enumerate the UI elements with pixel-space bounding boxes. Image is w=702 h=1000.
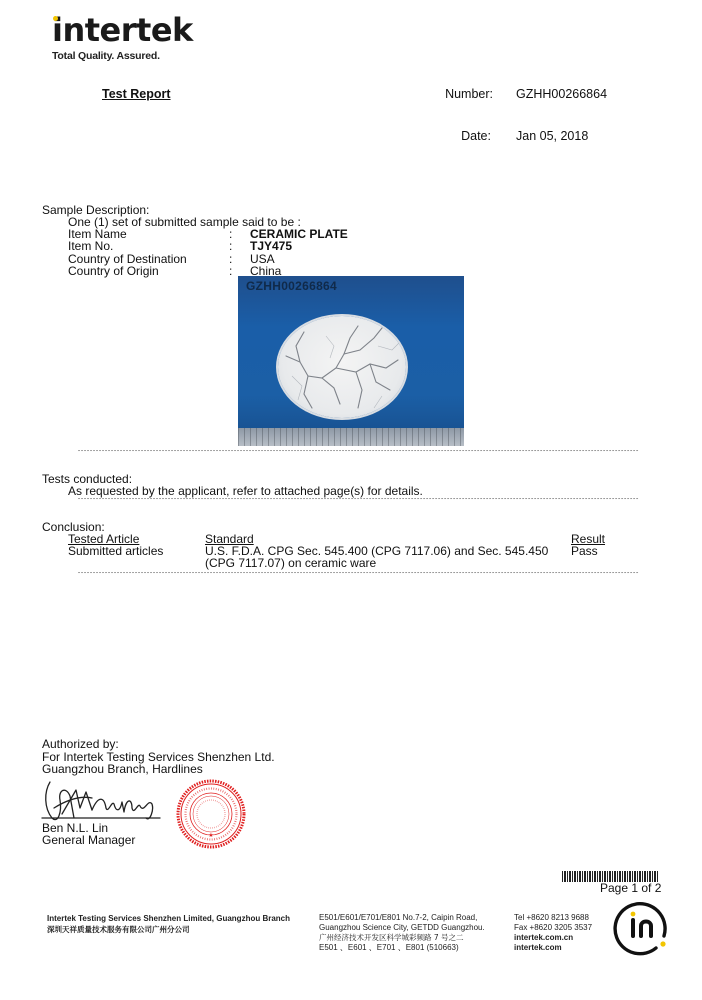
intertek-logo: intertek [52,12,193,48]
authorized-branch: Guangzhou Branch, Hardlines [42,763,203,776]
separator-line: ****************************************… [77,498,660,504]
footer-fax: Fax +8620 3205 3537 [514,923,592,934]
footer-company-cn: 深圳天祥质量技术服务有限公司广州分公司 [47,925,190,936]
date-label: Date: [411,129,491,143]
ceramic-plate-image [278,316,406,418]
footer-address-line2: Guangzhou Science City, GETDD Guangzhou. [319,923,485,934]
tests-text: As requested by the applicant, refer to … [68,485,423,498]
field-separator: : [229,265,232,278]
photo-report-number: GZHH00266864 [246,279,337,293]
field-separator: : [229,240,232,253]
logo-tagline: Total Quality. Assured. [52,50,160,62]
signature-image [40,778,170,826]
field-value: TJY475 [250,240,292,253]
footer-address-line1: E501/E601/E701/E801 No.7-2, Caipin Road, [319,913,477,924]
report-number: GZHH00266864 [516,87,607,101]
field-label: Item No. [68,240,113,253]
logo-dot-icon [53,16,58,21]
measuring-ruler [238,428,464,446]
footer-website-cn[interactable]: intertek.com.cn [514,933,573,944]
footer-company-en: Intertek Testing Services Shenzhen Limit… [47,914,290,925]
svg-text:★: ★ [208,832,213,839]
separator-line: ****************************************… [77,572,660,578]
footer-address-line4: E501 、E601 、E701 、E801 (510663) [319,943,459,954]
signatory-position: General Manager [42,834,135,847]
separator-line: ****************************************… [77,450,660,456]
result-cell: Pass [571,545,598,558]
footer-tel: Tel +8620 8213 9688 [514,913,589,924]
standard-cell-line2: (CPG 7117.07) on ceramic ware [205,557,376,570]
sample-photo: GZHH00266864 [238,276,464,446]
report-date: Jan 05, 2018 [516,129,588,143]
number-label: Number: [413,87,493,101]
company-seal-stamp: ★ [175,778,247,850]
footer-address-line3: 广州经济技术开发区科学城彩频路 7 号之二 [319,933,464,944]
tested-article-cell: Submitted articles [68,545,163,558]
field-label: Country of Origin [68,265,159,278]
page-indicator: Page 1 of 2 [600,882,661,895]
intertek-in-logo-icon [612,898,670,956]
authorized-heading: Authorized by: [42,738,119,751]
report-title: Test Report [102,87,171,101]
footer-website[interactable]: intertek.com [514,943,562,954]
